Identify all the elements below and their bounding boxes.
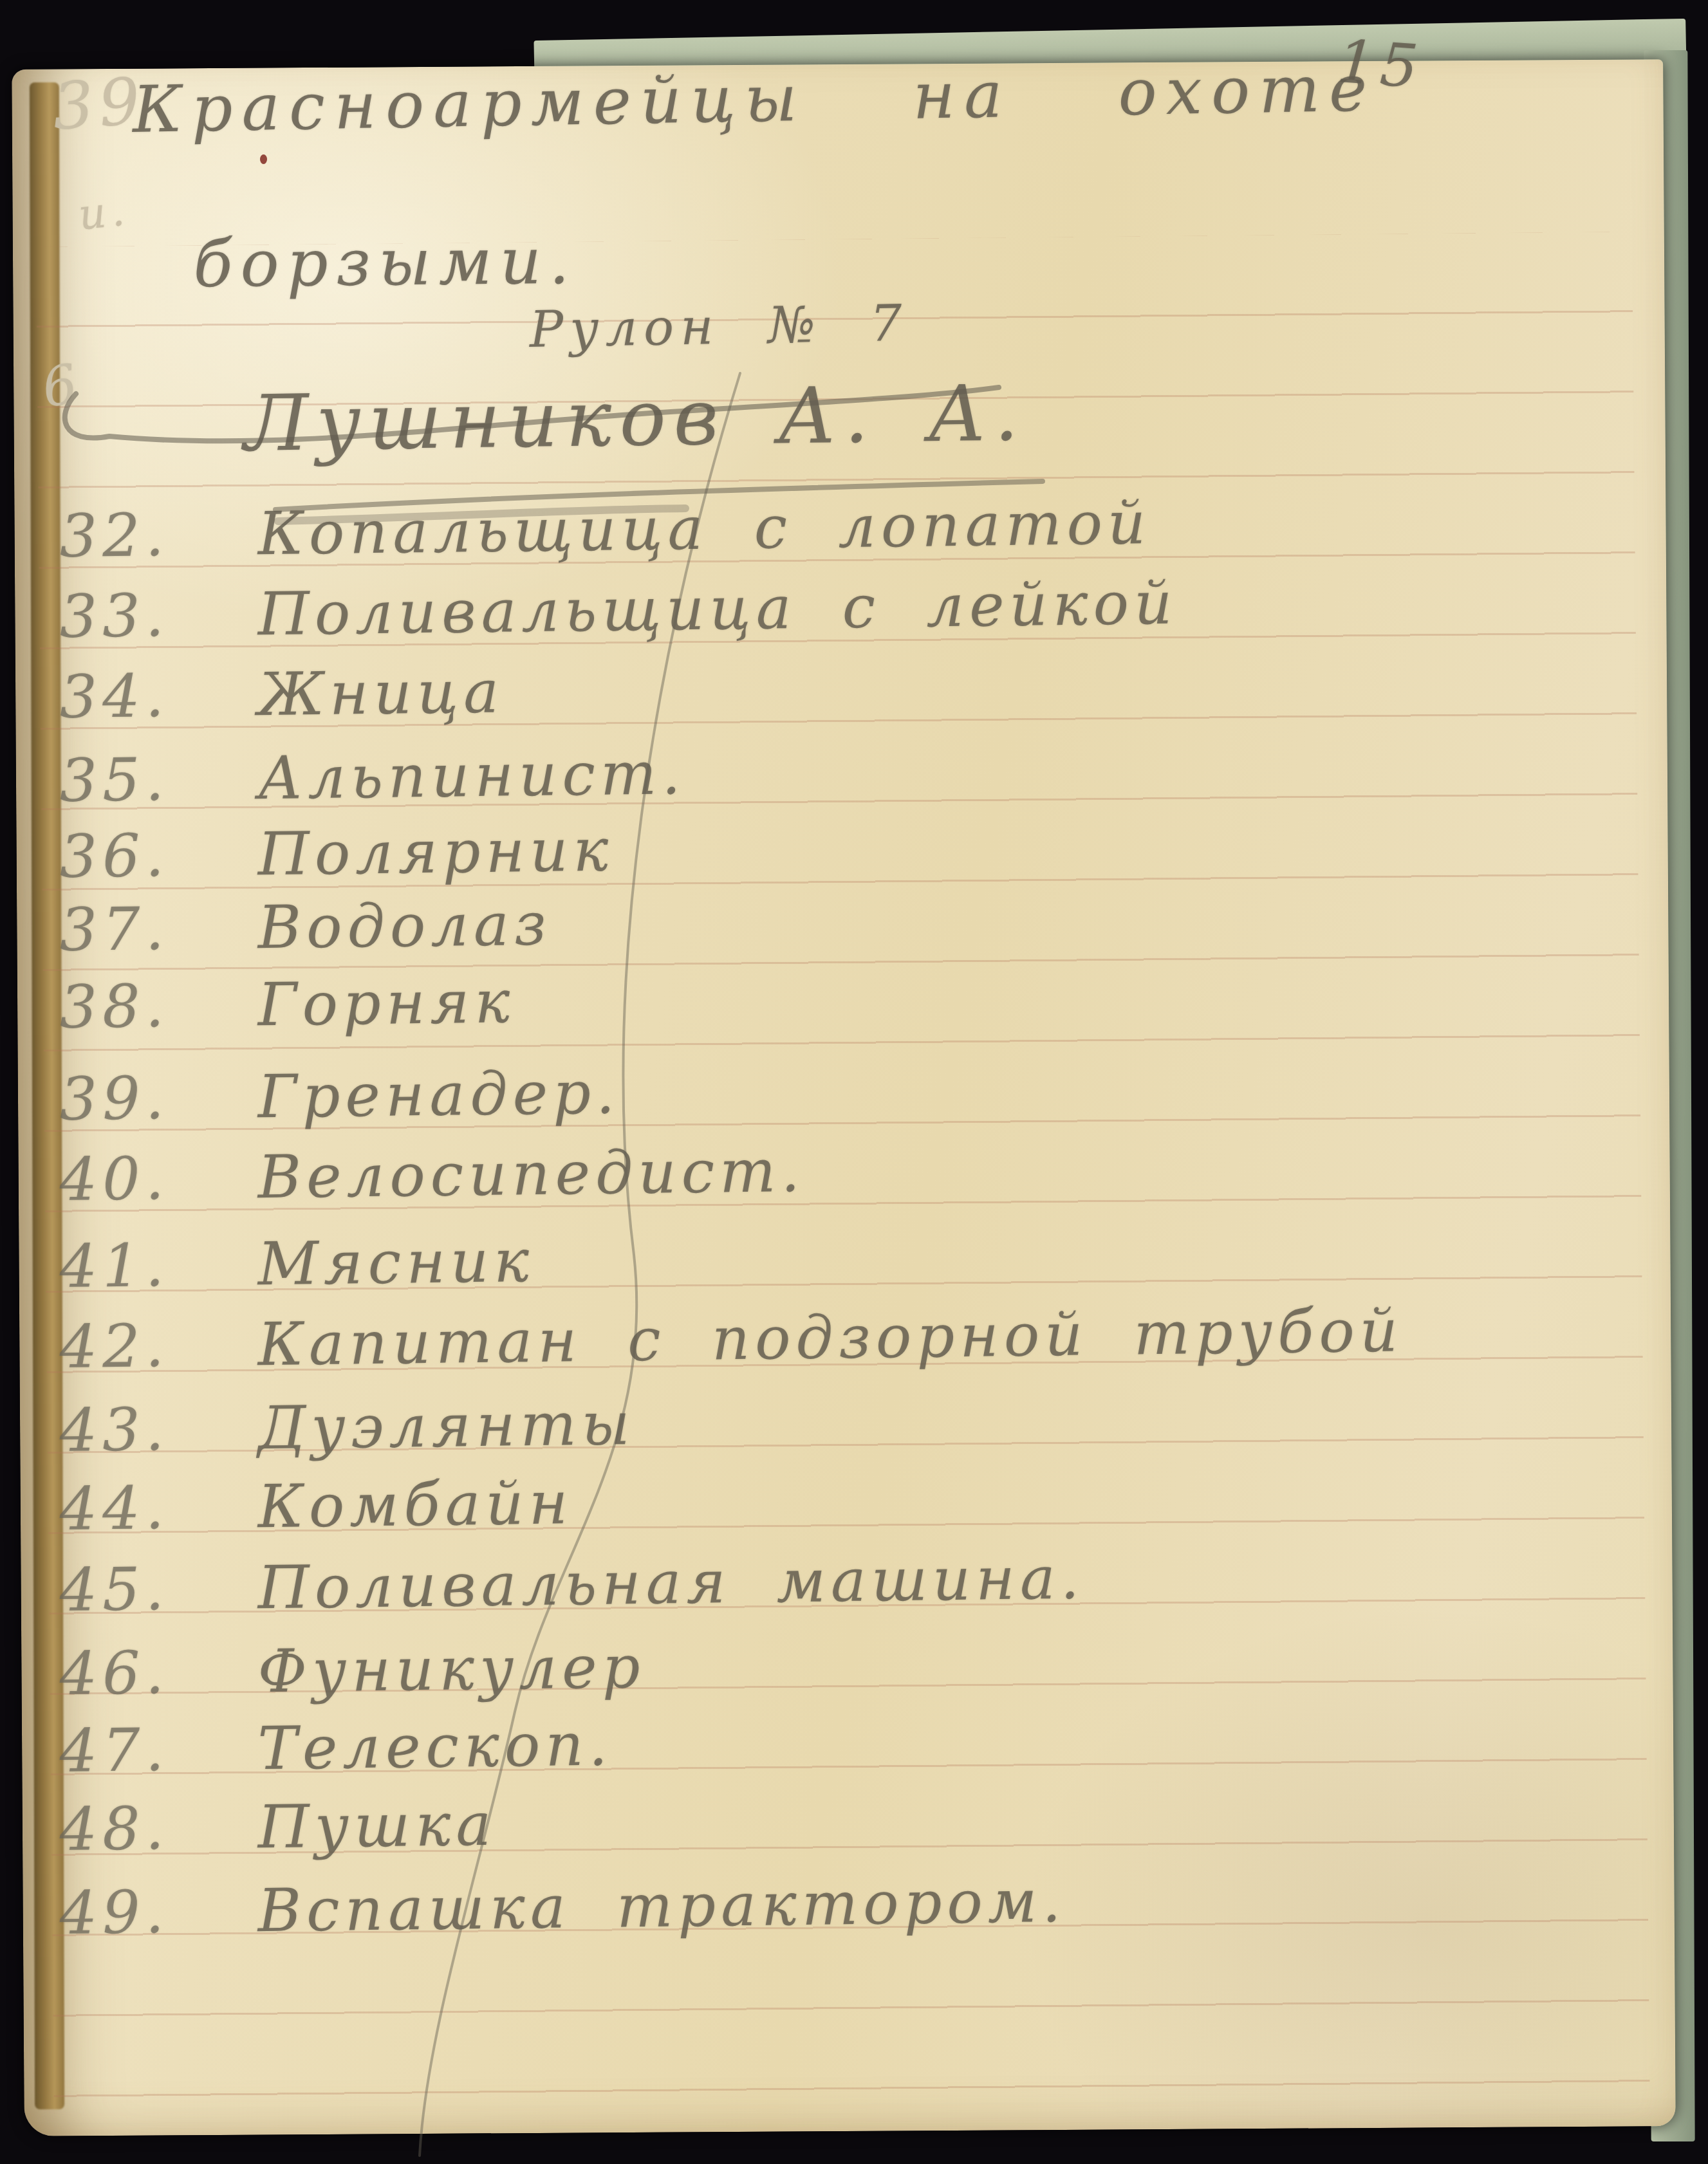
item-text: Гренадер. (257, 1058, 620, 1131)
item-text: Альпинист. (257, 739, 686, 813)
list-item: 48.Пушка (59, 1790, 497, 1864)
item-number: 44. (59, 1473, 219, 1544)
author-name: Лушников А. А. (243, 369, 1027, 469)
item-number: 49. (59, 1877, 219, 1948)
item-text: Пушка (257, 1790, 497, 1862)
list-item: 34.Жница (59, 658, 505, 732)
item-text: Капитан с подзорной трубой (257, 1296, 1404, 1379)
list-item: 36.Полярник (59, 815, 614, 891)
item-text: Горняк (257, 967, 515, 1039)
item-number: 41. (59, 1230, 219, 1301)
item-text: Поливальщица с лейкой (257, 569, 1178, 649)
item-text: Жница (257, 658, 505, 730)
item-text: Телескоп. (257, 1710, 613, 1784)
item-number: 42. (59, 1311, 219, 1382)
header-line-2: борзыми. (193, 223, 577, 302)
item-text: Вспашка трактором. (257, 1867, 1066, 1945)
item-text: Дуэлянты (257, 1389, 635, 1463)
item-number: 45. (59, 1554, 219, 1625)
list-item: 43.Дуэлянты (59, 1389, 635, 1465)
list-item: 35.Альпинист. (59, 739, 686, 815)
scanned-notebook-photo: 15 39 и. 6 Красноармейцы на охоте борзым… (0, 0, 1708, 2164)
item-text: Мясник (257, 1226, 535, 1299)
list-item: 45.Поливальная машина. (59, 1544, 1085, 1625)
item-number: 46. (59, 1638, 219, 1708)
list-item: 33.Поливальщица с лейкой (59, 569, 1178, 651)
item-number: 39. (59, 1063, 219, 1134)
item-number: 48. (59, 1793, 219, 1864)
item-number: 36. (59, 820, 219, 891)
item-number: 32. (59, 500, 219, 571)
list-item: 40.Велосипедист. (59, 1136, 805, 1214)
item-number: 38. (59, 971, 219, 1042)
list-item: 46.Фуникулер (59, 1632, 645, 1708)
item-number: 40. (59, 1143, 219, 1214)
item-text: Комбайн (257, 1468, 573, 1541)
list-item: 38.Горняк (59, 967, 515, 1042)
list-item: 47.Телескоп. (59, 1710, 613, 1786)
item-number: 35. (59, 744, 219, 815)
list-item: 39.Гренадер. (59, 1058, 620, 1134)
item-text: Фуникулер (257, 1632, 645, 1706)
list-item: 49.Вспашка трактором. (59, 1867, 1066, 1948)
roll-number-label: Рулон № 7 (529, 295, 909, 359)
list-item: 41.Мясник (59, 1226, 535, 1301)
margin-mark-mid: и. (76, 185, 132, 240)
item-text: Водолаз (257, 890, 552, 963)
item-number: 33. (59, 580, 219, 651)
item-number: 43. (59, 1394, 219, 1465)
list-item: 37.Водолаз (59, 890, 552, 965)
item-text: Поливальная машина. (257, 1544, 1085, 1623)
list-item: 32.Копальщица с лопатой (59, 488, 1151, 571)
item-text: Полярник (257, 815, 614, 889)
item-text: Велосипедист. (257, 1136, 805, 1212)
ink-speck (260, 154, 267, 164)
item-text: Копальщица с лопатой (257, 488, 1151, 568)
item-number: 34. (59, 661, 219, 732)
list-item: 44.Комбайн (59, 1468, 573, 1544)
item-number: 37. (59, 894, 219, 965)
item-number: 47. (59, 1715, 219, 1786)
